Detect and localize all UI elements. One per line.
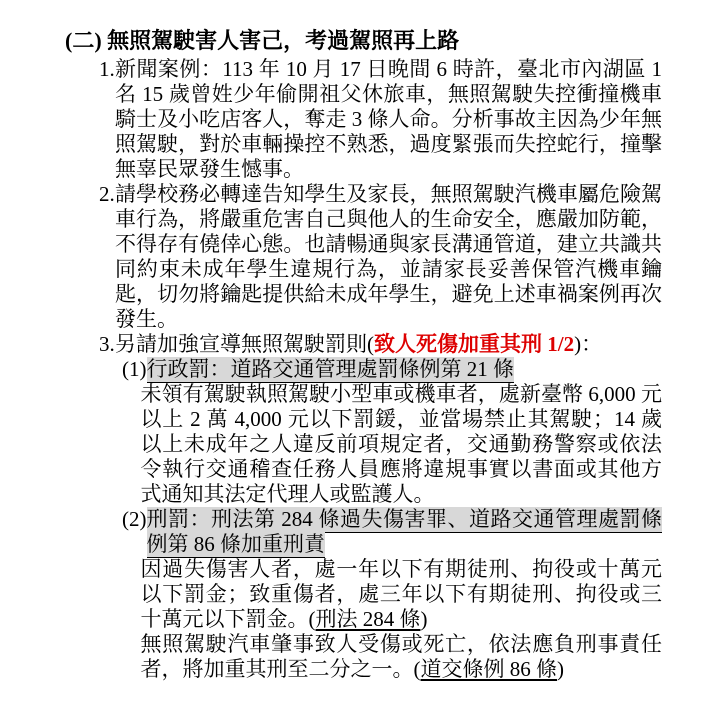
item-text: 請學校務必轉達告知學生及家長，無照駕駛汽機車屬危險駕車行為，將嚴重危害自己與他人… xyxy=(115,182,662,332)
list-item-1: 1. 新聞案例：113 年 10 月 17 日晚間 6 時許，臺北市內湖區 1 … xyxy=(99,57,662,182)
document-page: (二) 無照駕駛害人害己，考過駕照再上路 1. 新聞案例：113 年 10 月 … xyxy=(0,0,720,722)
item-text: 新聞案例：113 年 10 月 17 日晚間 6 時許，臺北市內湖區 1 名 1… xyxy=(115,57,662,182)
sub-item-1: (1) 行政罰：道路交通管理處罰條例第 21 條 未領有駕駛執照駕駛小型車或機車… xyxy=(122,357,662,507)
item-number: 2. xyxy=(99,182,115,332)
sub-item-2: (2) 刑罰：刑法第 284 條過失傷害罪、道路交通管理處罰條例第 86 條加重… xyxy=(122,507,662,682)
penalty-text-close: ) xyxy=(421,607,428,631)
penalty-text: 無照駕駛汽車肇事致人受傷或死亡，依法應負刑事責任者，將加重其刑至二分之一。( xyxy=(141,632,663,681)
sub-item-body: 無照駕駛汽車肇事致人受傷或死亡，依法應負刑事責任者，將加重其刑至二分之一。(道交… xyxy=(141,632,663,682)
statute-highlight: 刑罰：刑法第 284 條過失傷害罪、道路交通管理處罰條例第 86 條加重刑責 xyxy=(147,507,663,558)
item-number: 1. xyxy=(99,57,115,182)
statute-heading-line: 行政罰：道路交通管理處罰條例第 21 條 xyxy=(147,357,663,382)
item3-lead-text: 另請加強宣導無照駕駛罰則( xyxy=(115,332,374,356)
statute-ref: 刑法 284 條 xyxy=(316,607,421,631)
item-number: 3. xyxy=(99,332,115,357)
sub-item-content: 刑罰：刑法第 284 條過失傷害罪、道路交通管理處罰條例第 86 條加重刑責 因… xyxy=(147,507,663,682)
section-heading: (二) 無照駕駛害人害己，考過駕照再上路 xyxy=(65,27,662,54)
sub-item-content: 行政罰：道路交通管理處罰條例第 21 條 未領有駕駛執照駕駛小型車或機車者，處新… xyxy=(147,357,663,507)
item-text: 另請加強宣導無照駕駛罰則(致人死傷加重其刑 1/2)： xyxy=(115,332,662,357)
statute-ref: 道交條例 86 條 xyxy=(421,657,558,681)
red-emphasis-text: 致人死傷加重其刑 1/2 xyxy=(374,332,574,356)
list-item-2: 2. 請學校務必轉達告知學生及家長，無照駕駛汽機車屬危險駕車行為，將嚴重危害自己… xyxy=(99,182,662,332)
statute-heading-line: 刑罰：刑法第 284 條過失傷害罪、道路交通管理處罰條例第 86 條加重刑責 xyxy=(147,507,663,557)
penalty-text-close: ) xyxy=(557,657,564,681)
list-item-3: 3. 另請加強宣導無照駕駛罰則(致人死傷加重其刑 1/2)： xyxy=(99,332,662,357)
sub-item-body: 因過失傷害人者，處一年以下有期徒刑、拘役或十萬元以下罰金；致重傷者，處三年以下有… xyxy=(141,557,663,632)
item3-lead-close: )： xyxy=(574,332,602,356)
sub-item-body: 未領有駕駛執照駕駛小型車或機車者，處新臺幣 6,000 元以上 2 萬 4,00… xyxy=(141,382,663,507)
statute-highlight: 行政罰：道路交通管理處罰條例第 21 條 xyxy=(147,357,515,383)
